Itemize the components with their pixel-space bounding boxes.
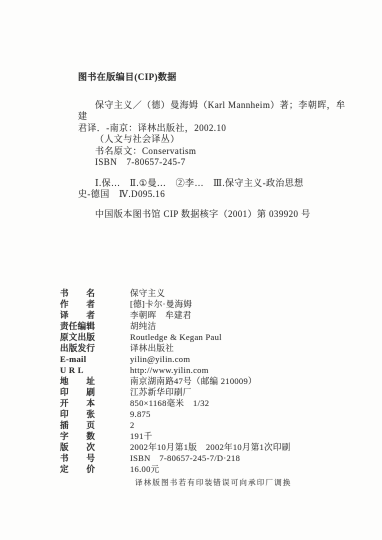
- cip-data-block: 图书在版编目(CIP)数据 保守主义／（德）曼海姆（Karl Mannheim）…: [78, 72, 346, 220]
- colophon-block: 书 名 保守主义 作 者 [德]卡尔·曼海姆 译 者 李朝晖 牟建君 责任编辑 …: [60, 288, 350, 488]
- series-note: （人文与社会译丛）: [78, 134, 346, 146]
- colophon-value: 译林出版社: [130, 343, 350, 354]
- colophon-label: 出版发行: [60, 343, 130, 354]
- colophon-row-wordcount: 字 数 191千: [60, 431, 350, 442]
- colophon-value: 江苏新华印刷厂: [130, 387, 350, 398]
- book-copyright-page: 图书在版编目(CIP)数据 保守主义／（德）曼海姆（Karl Mannheim）…: [0, 0, 382, 540]
- colophon-value: 2002年10月第1版 2002年10月第1次印刷: [130, 442, 350, 453]
- colophon-value: 保守主义: [130, 288, 350, 299]
- colophon-row-sheets: 印 张 9.875: [60, 409, 350, 420]
- colophon-label: 原文出版: [60, 332, 130, 343]
- colophon-label: 书 名: [60, 288, 130, 299]
- colophon-row-original-publisher: 原文出版 Routledge & Kegan Paul: [60, 332, 350, 343]
- colophon-row-printer: 印 刷 江苏新华印刷厂: [60, 387, 350, 398]
- colophon-row-price: 定 价 16.00元: [60, 464, 350, 475]
- colophon-label: 地 址: [60, 376, 130, 387]
- misprint-exchange-note: 译林版图书若有印装错误可向承印厂调换: [135, 477, 350, 488]
- cip-header: 图书在版编目(CIP)数据: [78, 72, 346, 84]
- classification-line2: 史-德国 Ⅳ.D095.16: [78, 189, 346, 201]
- colophon-label: 定 价: [60, 464, 130, 475]
- colophon-value: 9.875: [130, 409, 350, 420]
- cip-classification: Ⅰ.保… Ⅱ.①曼… ②李… Ⅲ.保守主义-政治思想 史-德国 Ⅳ.D095.1…: [78, 178, 346, 201]
- colophon-value: Routledge & Kegan Paul: [130, 332, 350, 343]
- colophon-value: 850×1168毫米 1/32: [130, 398, 350, 409]
- colophon-label: 字 数: [60, 431, 130, 442]
- colophon-row-author: 作 者 [德]卡尔·曼海姆: [60, 299, 350, 310]
- colophon-label: U R L: [60, 365, 130, 376]
- colophon-row-translator: 译 者 李朝晖 牟建君: [60, 310, 350, 321]
- colophon-row-inserts: 插 页 2: [60, 420, 350, 431]
- colophon-value: 南京湖南路47号（邮编 210009）: [130, 376, 350, 387]
- colophon-value: 2: [130, 420, 350, 431]
- colophon-value: 李朝晖 牟建君: [130, 310, 350, 321]
- cip-entry: 保守主义／（德）曼海姆（Karl Mannheim）著；李朝晖，牟建 君译．-南…: [78, 100, 346, 169]
- colophon-label: 印 张: [60, 409, 130, 420]
- colophon-value: 16.00元: [130, 464, 350, 475]
- colophon-row-url: U R L http://www.yilin.com: [60, 365, 350, 376]
- colophon-row-address: 地 址 南京湖南路47号（邮编 210009）: [60, 376, 350, 387]
- colophon-label: 作 者: [60, 299, 130, 310]
- colophon-row-publisher: 出版发行 译林出版社: [60, 343, 350, 354]
- colophon-value: 191千: [130, 431, 350, 442]
- colophon-row-format: 开 本 850×1168毫米 1/32: [60, 398, 350, 409]
- colophon-row-edition: 版 次 2002年10月第1版 2002年10月第1次印刷: [60, 442, 350, 453]
- colophon-row-email: E-mail yilin@yilin.com: [60, 354, 350, 365]
- colophon-value: 胡纯洁: [130, 321, 350, 332]
- colophon-value: [德]卡尔·曼海姆: [130, 299, 350, 310]
- colophon-label: 书 号: [60, 453, 130, 464]
- colophon-label: 责任编辑: [60, 321, 130, 332]
- classification-line1: Ⅰ.保… Ⅱ.①曼… ②李… Ⅲ.保守主义-政治思想: [78, 178, 346, 190]
- colophon-value: ISBN 7-80657-245-7/D·218: [130, 453, 350, 464]
- colophon-label: E-mail: [60, 354, 130, 365]
- colophon-label: 开 本: [60, 398, 130, 409]
- isbn-line: ISBN 7-80657-245-7: [78, 157, 346, 169]
- colophon-label: 插 页: [60, 420, 130, 431]
- colophon-label: 译 者: [60, 310, 130, 321]
- cip-entry-line1: 保守主义／（德）曼海姆（Karl Mannheim）著；李朝晖，牟建: [78, 100, 346, 123]
- colophon-label: 版 次: [60, 442, 130, 453]
- original-title: 书名原文：Conservatism: [78, 146, 346, 158]
- cip-entry-line2: 君译．-南京：译林出版社，2002.10: [78, 123, 346, 135]
- colophon-value: http://www.yilin.com: [130, 365, 350, 376]
- cip-record-line: 中国版本图书馆 CIP 数据核字（2001）第 039920 号: [78, 209, 346, 221]
- colophon-row-book-number: 书 号 ISBN 7-80657-245-7/D·218: [60, 453, 350, 464]
- colophon-label: 印 刷: [60, 387, 130, 398]
- colophon-row-editor: 责任编辑 胡纯洁: [60, 321, 350, 332]
- colophon-row-title: 书 名 保守主义: [60, 288, 350, 299]
- colophon-value: yilin@yilin.com: [130, 354, 350, 365]
